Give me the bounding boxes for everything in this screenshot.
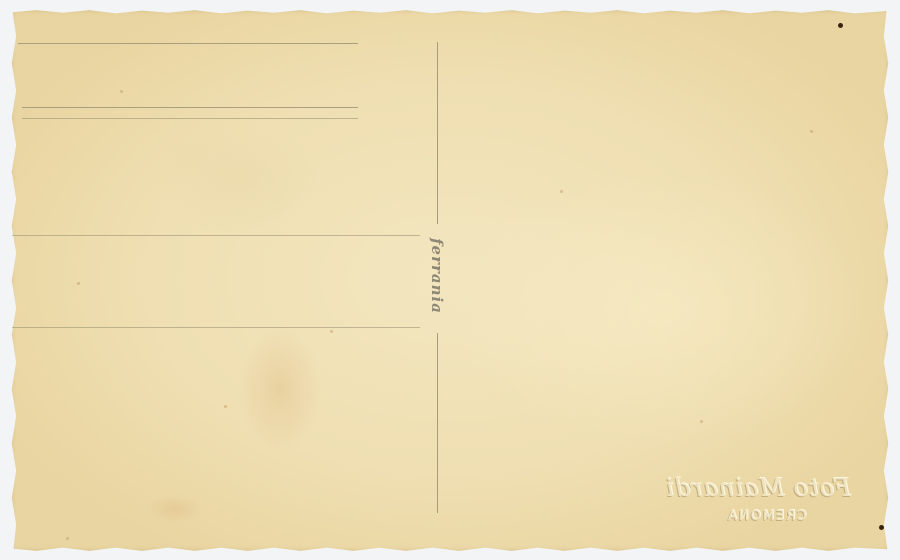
pin-hole xyxy=(879,525,884,530)
paper-speck xyxy=(224,405,227,408)
writing-line xyxy=(18,43,358,44)
paper-speck xyxy=(810,130,813,133)
paper-speck xyxy=(120,90,123,93)
postcard-back xyxy=(10,9,890,552)
writing-line xyxy=(22,107,358,108)
paper-speck xyxy=(330,330,333,333)
scanned-postcard-scene: ferrania Foto Mainardi CREMONA xyxy=(0,0,900,560)
center-divider-top xyxy=(437,42,438,224)
paper-speck xyxy=(77,282,80,285)
paper-speck xyxy=(560,190,563,193)
embossed-studio-city: CREMONA xyxy=(726,509,806,524)
paper-speck xyxy=(700,420,703,423)
writing-line xyxy=(12,327,420,328)
writing-line xyxy=(22,118,358,119)
center-divider-bottom xyxy=(437,333,438,513)
brand-imprint: ferrania xyxy=(428,238,446,314)
paper-speck xyxy=(66,537,69,540)
writing-line xyxy=(12,235,420,236)
pin-hole xyxy=(838,23,843,28)
embossed-studio-signature: Foto Mainardi xyxy=(665,474,850,502)
